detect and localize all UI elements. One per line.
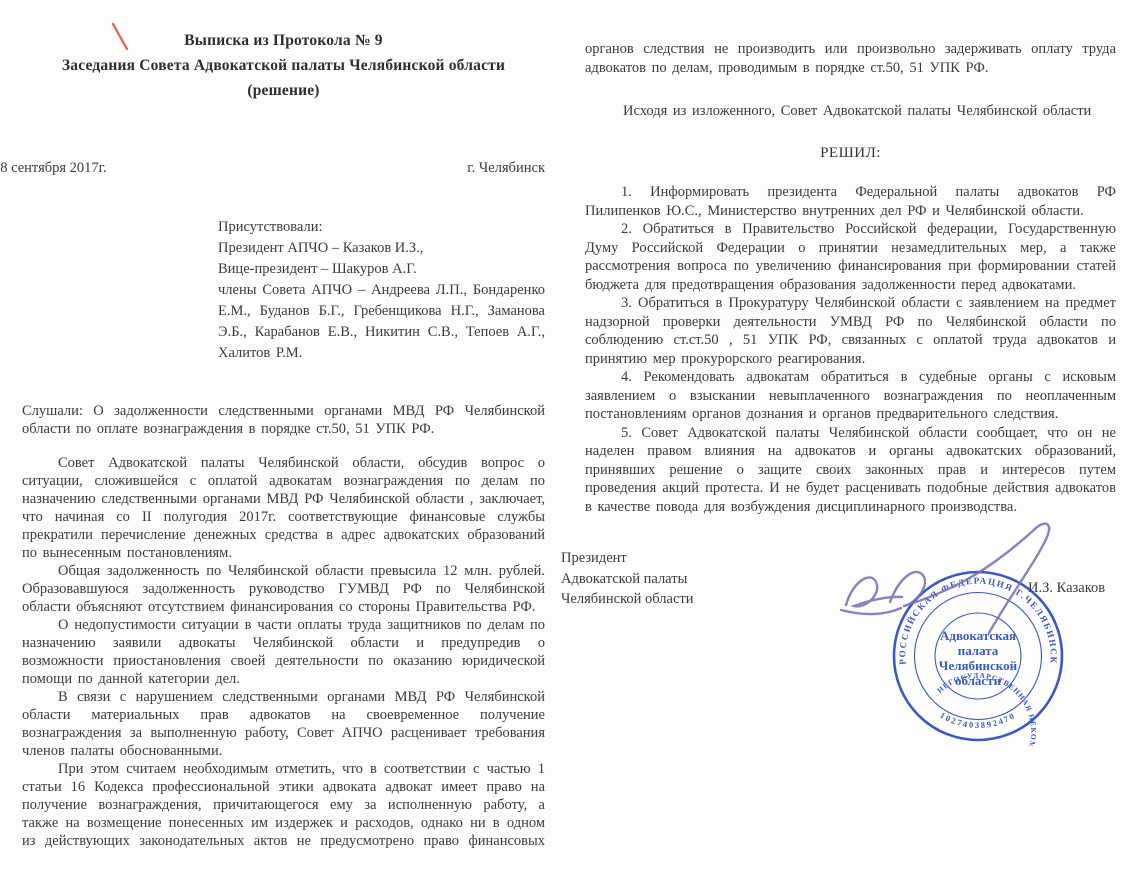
document-city: г. Челябинск — [467, 160, 545, 177]
left-paragraphs: Слушали: О задолженности следственными о… — [22, 402, 545, 850]
attendee-vice-president: Вице-президент – Шакуров А.Г. — [218, 259, 545, 280]
right-column: органов следствия не производить или про… — [585, 40, 1116, 516]
attendees-heading: Присутствовали: — [218, 217, 545, 238]
resolutions-list: 1. Информировать президента Федеральной … — [585, 183, 1116, 516]
signature-title-line: Адвокатской палаты — [561, 569, 694, 590]
left-column: Выписка из Протокола № 9 Заседания Совет… — [22, 28, 545, 850]
resolution-item: 3. Обратиться в Прокуратуру Челябинской … — [585, 294, 1116, 368]
attendee-president: Президент АПЧО – Казаков И.З., — [218, 238, 545, 259]
paragraph: При этом считаем необходимым отметить, ч… — [22, 760, 545, 850]
attendees-block: Присутствовали: Президент АПЧО – Казаков… — [218, 217, 545, 364]
date-row: 28 сентября 2017г. г. Челябинск — [0, 160, 545, 177]
title-line-2: Заседания Совета Адвокатской палаты Челя… — [22, 53, 545, 78]
resolution-item: 5. Совет Адвокатской палаты Челябинской … — [585, 424, 1116, 517]
paragraph: Совет Адвокатской палаты Челябинской обл… — [22, 454, 545, 562]
handwritten-signature — [830, 513, 1075, 658]
resolution-item: 2. Обратиться в Правительство Российской… — [585, 220, 1116, 294]
signature-title-line: Челябинской области — [561, 589, 694, 610]
paragraph: О недопустимости ситуации в части оплаты… — [22, 616, 545, 688]
title-line-3: (решение) — [22, 78, 545, 103]
resolution-item: 4. Рекомендовать адвокатам обратиться в … — [585, 368, 1116, 424]
title-line-1: Выписка из Протокола № 9 — [22, 28, 545, 53]
document-date: 28 сентября 2017г. — [0, 160, 107, 177]
signature-title-line: Президент — [561, 548, 694, 569]
paragraph-intro: Исходя из изложенного, Совет Адвокатской… — [585, 102, 1116, 121]
paragraph-heard: Слушали: О задолженности следственными о… — [22, 402, 545, 438]
resolved-heading: РЕШИЛ: — [585, 144, 1116, 163]
signature-title-block: Президент Адвокатской палаты Челябинской… — [561, 548, 694, 610]
document-title: Выписка из Протокола № 9 Заседания Совет… — [22, 28, 545, 103]
paragraph-continuation: органов следствия не производить или про… — [585, 40, 1116, 77]
scanned-document-page: Выписка из Протокола № 9 Заседания Совет… — [0, 0, 1136, 885]
paragraph: Общая задолженность по Челябинской облас… — [22, 562, 545, 616]
paragraph: В связи с нарушением следственными орган… — [22, 688, 545, 760]
stamp-center-line: Челябинской — [939, 658, 1018, 673]
stamp-center-line: области — [955, 673, 1002, 688]
resolution-item: 1. Информировать президента Федеральной … — [585, 183, 1116, 220]
attendees-members: члены Совета АПЧО – Андреева Л.П., Бонда… — [218, 280, 545, 364]
